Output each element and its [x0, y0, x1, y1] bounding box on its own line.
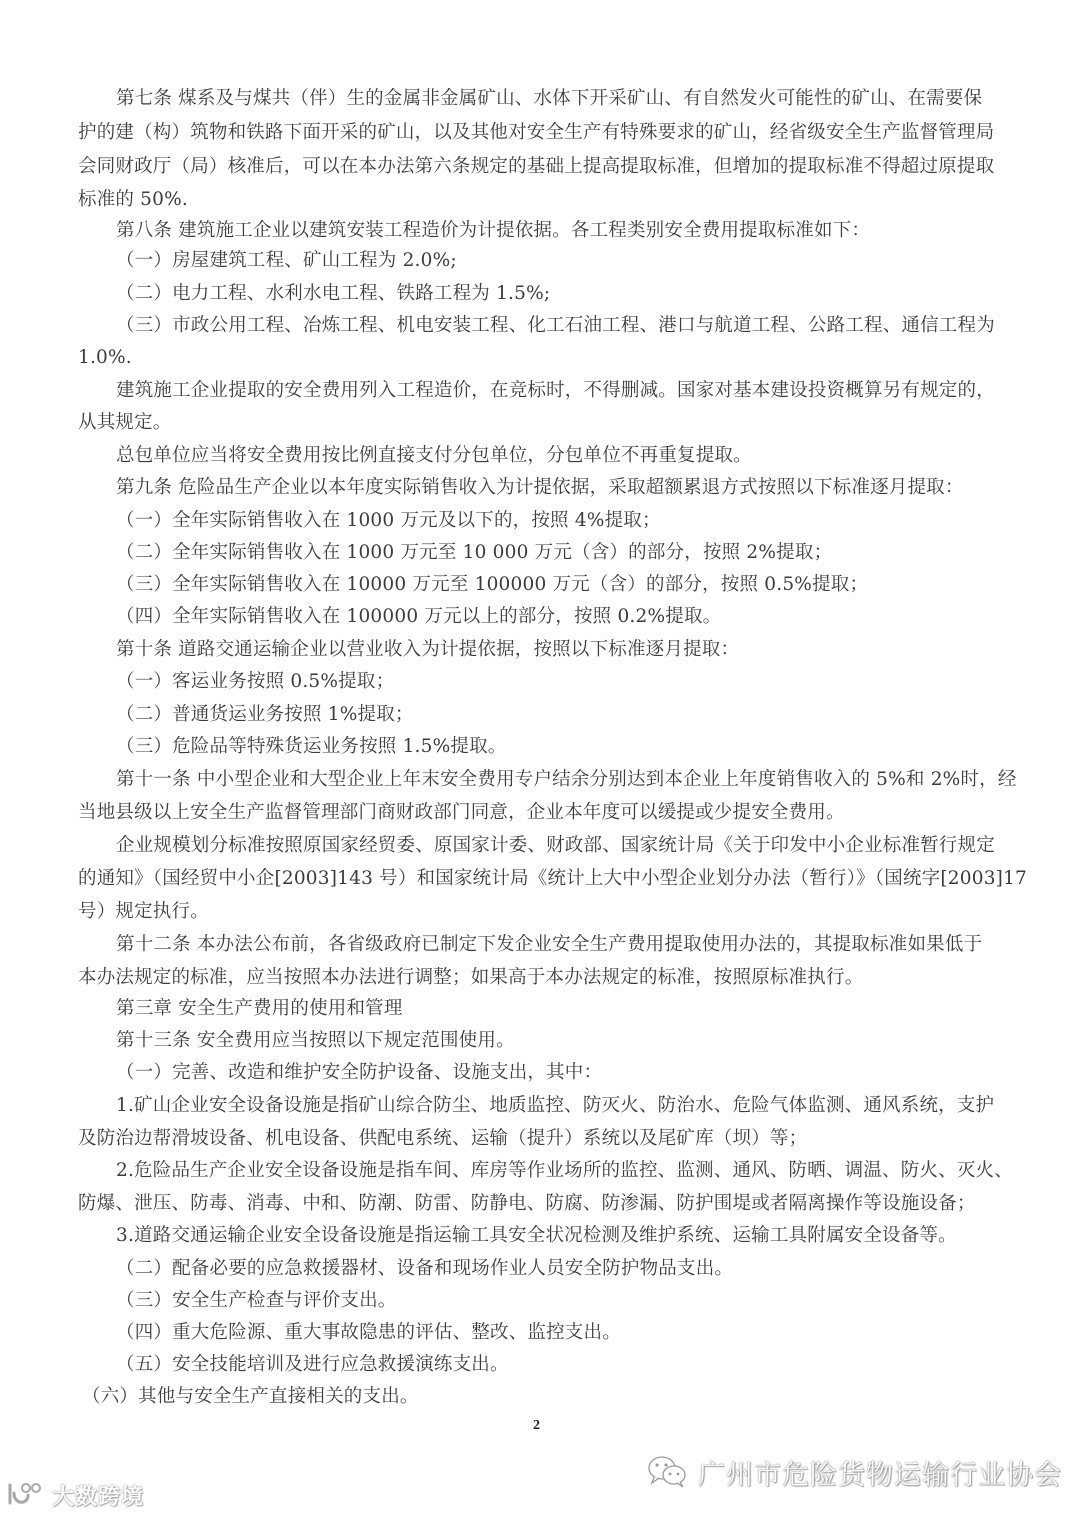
- list-item: （一）客运业务按照 0.5%提取；: [116, 669, 1046, 695]
- list-item: （三）市政公用工程、冶炼工程、机电安装工程、化工石油工程、港口与航道工程、公路工…: [116, 313, 1046, 339]
- paragraph-line: 从其规定。: [78, 410, 1008, 436]
- paragraph-line: 当地县级以上安全生产监督管理部门商财政部门同意，企业本年度可以缓提或少提安全费用…: [78, 800, 1008, 826]
- wechat-icon: [646, 1454, 690, 1490]
- list-item: （六）其他与安全生产直接相关的支出。: [82, 1384, 1012, 1410]
- paragraph-line: 第十三条 安全费用应当按照以下规定范围使用。: [116, 1028, 1046, 1054]
- list-item: 2.危险品生产企业安全设备设施是指车间、库房等作业场所的监控、监测、通风、防晒、…: [116, 1158, 1046, 1184]
- paragraph-line: 第十条 道路交通运输企业以营业收入为计提依据，按照以下标准逐月提取：: [116, 637, 1046, 663]
- list-item: （二）配备必要的应急救援器材、设备和现场作业人员安全防护物品支出。: [116, 1256, 1046, 1282]
- paragraph-line: 号）规定执行。: [78, 899, 1008, 925]
- list-item: 3.道路交通运输企业安全设备设施是指运输工具安全状况检测及维护系统、运输工具附属…: [116, 1223, 1046, 1249]
- paragraph-line: 本办法规定的标准，应当按照本办法进行调整；如果高于本办法规定的标准，按照原标准执…: [78, 965, 1008, 991]
- paragraph-line: 防爆、泄压、防毒、消毒、中和、防潮、防雷、防静电、防腐、防渗漏、防护围堤或者隔离…: [78, 1191, 1008, 1217]
- paragraph-line: 标准的 50%.: [78, 187, 1008, 213]
- paragraph-line: 第十一条 中小型企业和大型企业上年末安全费用专户结余分别达到本企业上年度销售收入…: [116, 767, 1046, 793]
- document-page: 第七条 煤系及与煤共（伴）生的金属非金属矿山、水体下开采矿山、有自然发火可能性的…: [0, 0, 1080, 1518]
- paragraph-line: 第八条 建筑施工企业以建筑安装工程造价为计提依据。各工程类别安全费用提取标准如下…: [116, 218, 1046, 244]
- list-item: （二）全年实际销售收入在 1000 万元至 10 000 万元（含）的部分，按照…: [116, 540, 1046, 566]
- list-item: （一）房屋建筑工程、矿山工程为 2.0%;: [116, 248, 1046, 274]
- watermark-association: 广州市危险货物运输行业协会: [646, 1452, 1062, 1492]
- watermark-text: 大数跨境: [52, 1480, 144, 1511]
- list-item: （五）安全技能培训及进行应急救援演练支出。: [116, 1352, 1046, 1378]
- list-item: （三）安全生产检查与评价支出。: [116, 1288, 1046, 1314]
- paragraph-line: 第十二条 本办法公布前，各省级政府已制定下发企业安全生产费用提取使用办法的，其提…: [116, 932, 1046, 958]
- paragraph-line: 第九条 危险品生产企业以本年度实际销售收入为计提依据，采取超额累退方式按照以下标…: [116, 475, 1046, 501]
- list-item: （四）全年实际销售收入在 100000 万元以上的部分，按照 0.2%提取。: [116, 604, 1046, 630]
- paragraph-line: 1.0%.: [78, 345, 1008, 371]
- list-item: （三）危险品等特殊货运业务按照 1.5%提取。: [116, 734, 1046, 760]
- paragraph-line: 及防治边帮滑坡设备、机电设备、供配电系统、运输（提升）系统以及尾矿库（坝）等；: [78, 1126, 1008, 1152]
- paragraph-line: 的通知》（国经贸中小企[2003]143 号）和国家统计局《统计上大中小型企业划…: [78, 866, 1008, 892]
- page-number: 2: [533, 1418, 540, 1434]
- list-item: （一）完善、改造和维护安全防护设备、设施支出，其中：: [116, 1060, 1046, 1086]
- paragraph-line: 建筑施工企业提取的安全费用列入工程造价，在竞标时，不得删减。国家对基本建设投资概…: [116, 378, 1046, 404]
- list-item: （一）全年实际销售收入在 1000 万元及以下的，按照 4%提取；: [116, 508, 1046, 534]
- paragraph-line: 会同财政厅（局）核准后，可以在本办法第六条规定的基础上提高提取标准，但增加的提取…: [78, 154, 1008, 180]
- list-item: （二）普通货运业务按照 1%提取；: [116, 702, 1046, 728]
- logo-icon: [6, 1481, 46, 1509]
- paragraph-line: 总包单位应当将安全费用按比例直接支付分包单位，分包单位不再重复提取。: [116, 443, 1046, 469]
- watermark-brand: 大数跨境: [6, 1478, 144, 1512]
- list-item: 1.矿山企业安全设备设施是指矿山综合防尘、地质监控、防灭火、防治水、危险气体监测…: [116, 1093, 1046, 1119]
- chapter-heading: 第三章 安全生产费用的使用和管理: [116, 996, 1046, 1022]
- list-item: （三）全年实际销售收入在 10000 万元至 100000 万元（含）的部分，按…: [116, 572, 1046, 598]
- paragraph-line: 第七条 煤系及与煤共（伴）生的金属非金属矿山、水体下开采矿山、有自然发火可能性的…: [116, 86, 1046, 112]
- list-item: （四）重大危险源、重大事故隐患的评估、整改、监控支出。: [116, 1320, 1046, 1346]
- list-item: （二）电力工程、水利水电工程、铁路工程为 1.5%;: [116, 281, 1046, 307]
- paragraph-line: 企业规模划分标准按照原国家经贸委、原国家计委、财政部、国家统计局《关于印发中小企…: [116, 833, 1046, 859]
- paragraph-line: 护的建（构）筑物和铁路下面开采的矿山，以及其他对安全生产有特殊要求的矿山，经省级…: [78, 120, 1008, 146]
- watermark-text: 广州市危险货物运输行业协会: [698, 1453, 1062, 1492]
